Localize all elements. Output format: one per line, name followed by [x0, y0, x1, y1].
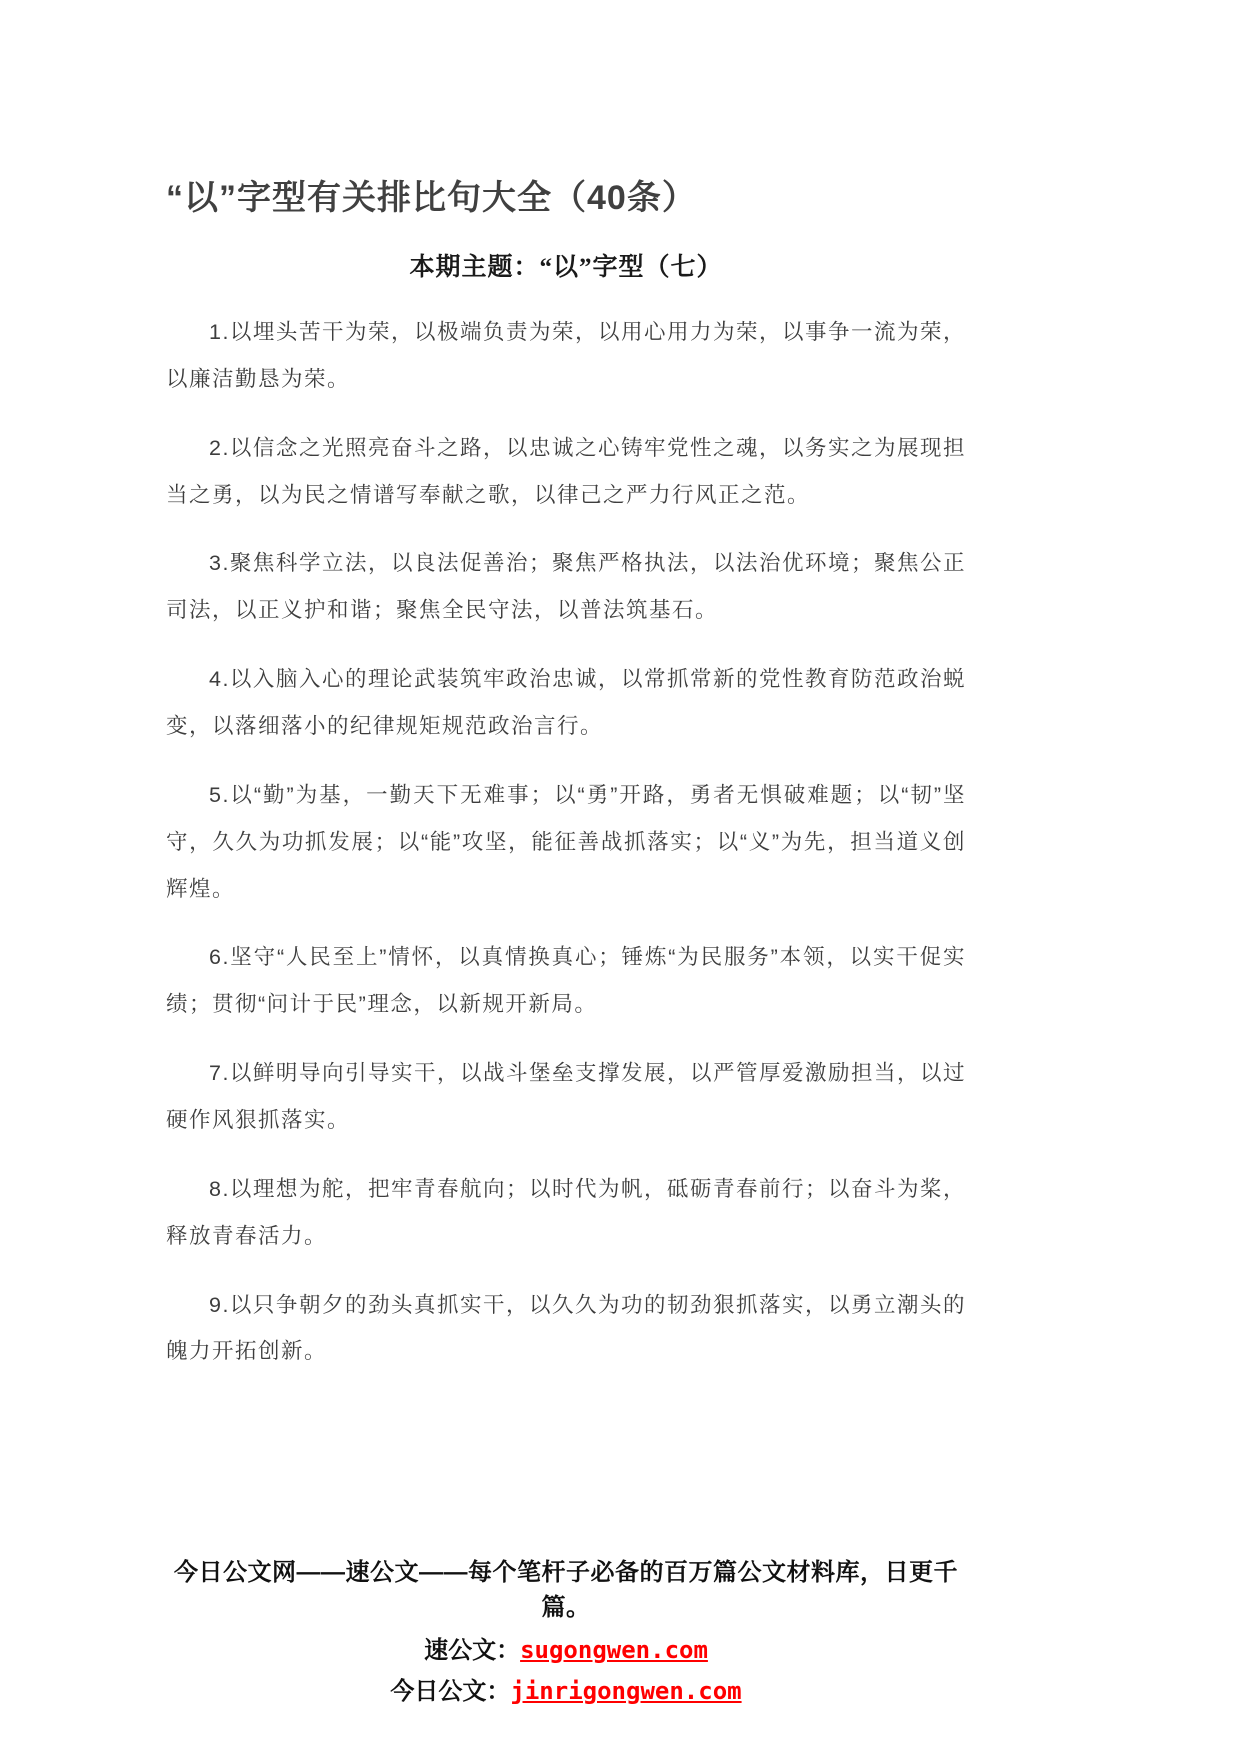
paragraph-6: 6.坚守“人民至上”情怀，以真情换真心；锤炼“为民服务”本领，以实干促实绩；贯彻…	[166, 934, 966, 1028]
page-title: “以”字型有关排比句大全（40条）	[166, 170, 966, 219]
footer-sugongwen-row: 速公文：sugongwen.com	[166, 1630, 966, 1665]
paragraph-3: 3.聚焦科学立法，以良法促善治；聚焦严格执法，以法治优环境；聚焦公正司法，以正义…	[166, 540, 966, 634]
document-content: “以”字型有关排比句大全（40条） 本期主题：“以”字型（七） 1.以埋头苦干为…	[166, 170, 966, 1397]
footer-jinrigongwen-row: 今日公文：jinrigongwen.com	[166, 1671, 966, 1706]
paragraph-8: 8.以理想为舵，把牢青春航向；以时代为帆，砥砺青春前行；以奋斗为桨，释放青春活力…	[166, 1166, 966, 1260]
paragraph-5: 5.以“勤”为基，一勤天下无难事；以“勇”开路，勇者无惧破难题；以“韧”坚守，久…	[166, 772, 966, 913]
paragraph-1: 1.以埋头苦干为荣，以极端负责为荣，以用心用力为荣，以事争一流为荣，以廉洁勤恳为…	[166, 309, 966, 403]
jinrigongwen-link[interactable]: jinrigongwen.com	[510, 1677, 741, 1705]
footer-slogan: 今日公文网——速公文——每个笔杆子必备的百万篇公文材料库，日更千篇。	[166, 1552, 966, 1622]
paragraph-4: 4.以入脑入心的理论武装筑牢政治忠诚，以常抓常新的党性教育防范政治蜕变，以落细落…	[166, 656, 966, 750]
paragraph-9: 9.以只争朝夕的劲头真抓实干，以久久为功的韧劲狠抓落实，以勇立潮头的魄力开拓创新…	[166, 1282, 966, 1376]
paragraph-2: 2.以信念之光照亮奋斗之路，以忠诚之心铸牢党性之魂，以务实之为展现担当之勇，以为…	[166, 425, 966, 519]
jinrigongwen-label: 今日公文：	[390, 1678, 510, 1705]
document-page: “以”字型有关排比句大全（40条） 本期主题：“以”字型（七） 1.以埋头苦干为…	[0, 0, 1240, 1754]
paragraph-7: 7.以鲜明导向引导实干，以战斗堡垒支撑发展，以严管厚爱激励担当，以过硬作风狠抓落…	[166, 1050, 966, 1144]
document-body: 1.以埋头苦干为荣，以极端负责为荣，以用心用力为荣，以事争一流为荣，以廉洁勤恳为…	[166, 309, 966, 1375]
page-subtitle: 本期主题：“以”字型（七）	[166, 247, 966, 283]
sugongwen-link[interactable]: sugongwen.com	[520, 1636, 708, 1664]
footer: 今日公文网——速公文——每个笔杆子必备的百万篇公文材料库，日更千篇。 速公文：s…	[166, 1552, 966, 1712]
sugongwen-label: 速公文：	[424, 1637, 520, 1664]
